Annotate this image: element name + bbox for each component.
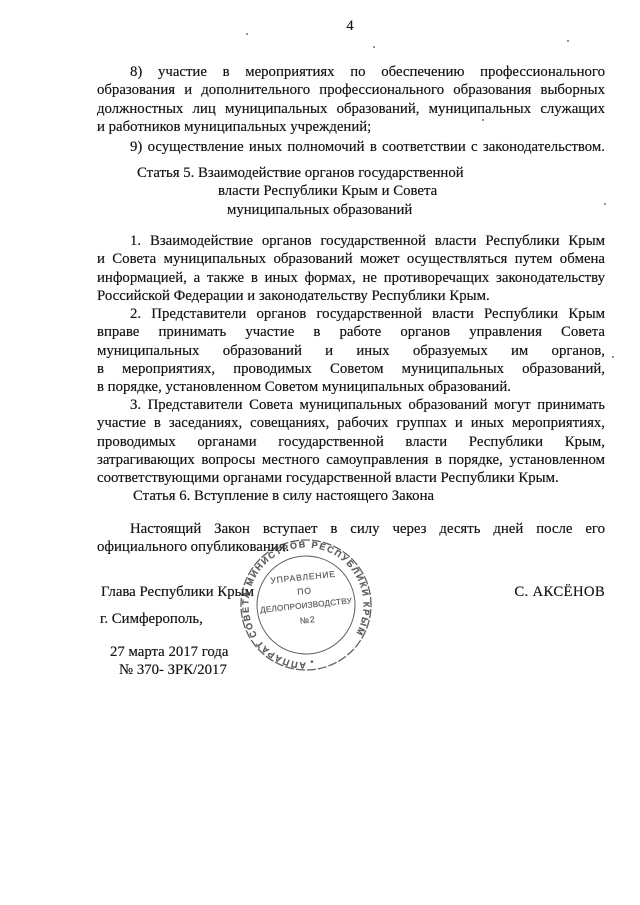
article-5-paragraph-1: 1. Взаимодействие органов государственно…: [97, 232, 605, 305]
paragraph-item-9: 9) осуществление иных полномочий в соотв…: [97, 138, 605, 156]
text-line: 3. Представители Совета муниципальных об…: [97, 396, 605, 414]
text-line: проводимых органами государственной влас…: [97, 433, 605, 451]
text-line: и Совета муниципальных образований может…: [97, 250, 605, 268]
signature-place: г. Симферополь,: [100, 611, 203, 628]
heading-line: власти Республики Крым и Совета: [218, 182, 605, 200]
signer-title: Глава Республики Крым: [97, 584, 254, 601]
article-5-paragraph-3: 3. Представители Совета муниципальных об…: [97, 396, 605, 487]
article-6-heading: Статья 6. Вступление в силу настоящего З…: [97, 487, 605, 505]
text-line: 9) осуществление иных полномочий в соотв…: [97, 138, 605, 156]
scan-speckle: [612, 356, 614, 358]
document-number: № 370- ЗРК/2017: [119, 662, 227, 679]
text-line: образования и дополнительного профессион…: [97, 81, 605, 99]
text-line: 2. Представители органов государственной…: [97, 305, 605, 323]
page-number: 4: [300, 18, 400, 35]
signature-date: 27 марта 2017 года: [110, 644, 229, 661]
text-line: соответствующими органами государственно…: [97, 469, 605, 487]
scan-speckle: [567, 40, 569, 42]
stamp-center-line: №2: [299, 614, 316, 626]
scan-speckle: [604, 203, 606, 205]
text-line: в порядке, установленном Советом муницип…: [97, 378, 605, 396]
heading-line: Статья 5. Взаимодействие органов государ…: [137, 164, 605, 182]
text-line: муниципальных образований и иных образуе…: [97, 342, 605, 360]
text-line: должностных лиц муниципальных образовани…: [97, 100, 605, 118]
heading-line: Статья 6. Вступление в силу настоящего З…: [133, 487, 605, 505]
scan-speckle: [482, 119, 484, 121]
stamp-center-line: УПРАВЛЕНИЕ: [270, 569, 336, 586]
document-page: 4 8) участие в мероприятиях по обеспечен…: [0, 0, 640, 905]
text-line: в мероприятиях, проводимых Советом муниц…: [97, 360, 605, 378]
article-5-heading: Статья 5. Взаимодействие органов государ…: [97, 164, 605, 219]
text-line: затрагивающих вопросы местного самоуправ…: [97, 451, 605, 469]
scan-speckle: [246, 33, 248, 35]
text-line: вправе принимать участие в работе органо…: [97, 323, 605, 341]
text-line: Российской Федерации и законодательству …: [97, 287, 605, 305]
stamp-center-line: ДЕЛОПРОИЗВОДСТВУ: [260, 596, 353, 615]
paragraph-item-8: 8) участие в мероприятиях по обеспечению…: [97, 63, 605, 136]
stamp-separator-dot: [311, 660, 314, 663]
heading-line: муниципальных образований: [227, 201, 605, 219]
stamp-center-line: ПО: [297, 585, 312, 596]
signer-name: С. АКСЁНОВ: [514, 584, 605, 601]
scan-speckle: [373, 46, 375, 48]
text-line: участие в заседаниях, совещаниях, рабочи…: [97, 414, 605, 432]
text-line: 8) участие в мероприятиях по обеспечению…: [97, 63, 605, 81]
article-5-paragraph-2: 2. Представители органов государственной…: [97, 305, 605, 396]
text-line: информацией, а также в иных формах, не п…: [97, 269, 605, 287]
official-round-stamp: АППАРАТ СОВЕТА МИНИСТРОВ РЕСПУБЛИКИ КРЫМ…: [229, 528, 383, 682]
text-line: 1. Взаимодействие органов государственно…: [97, 232, 605, 250]
text-line: и работников муниципальных учреждений;: [97, 118, 605, 136]
